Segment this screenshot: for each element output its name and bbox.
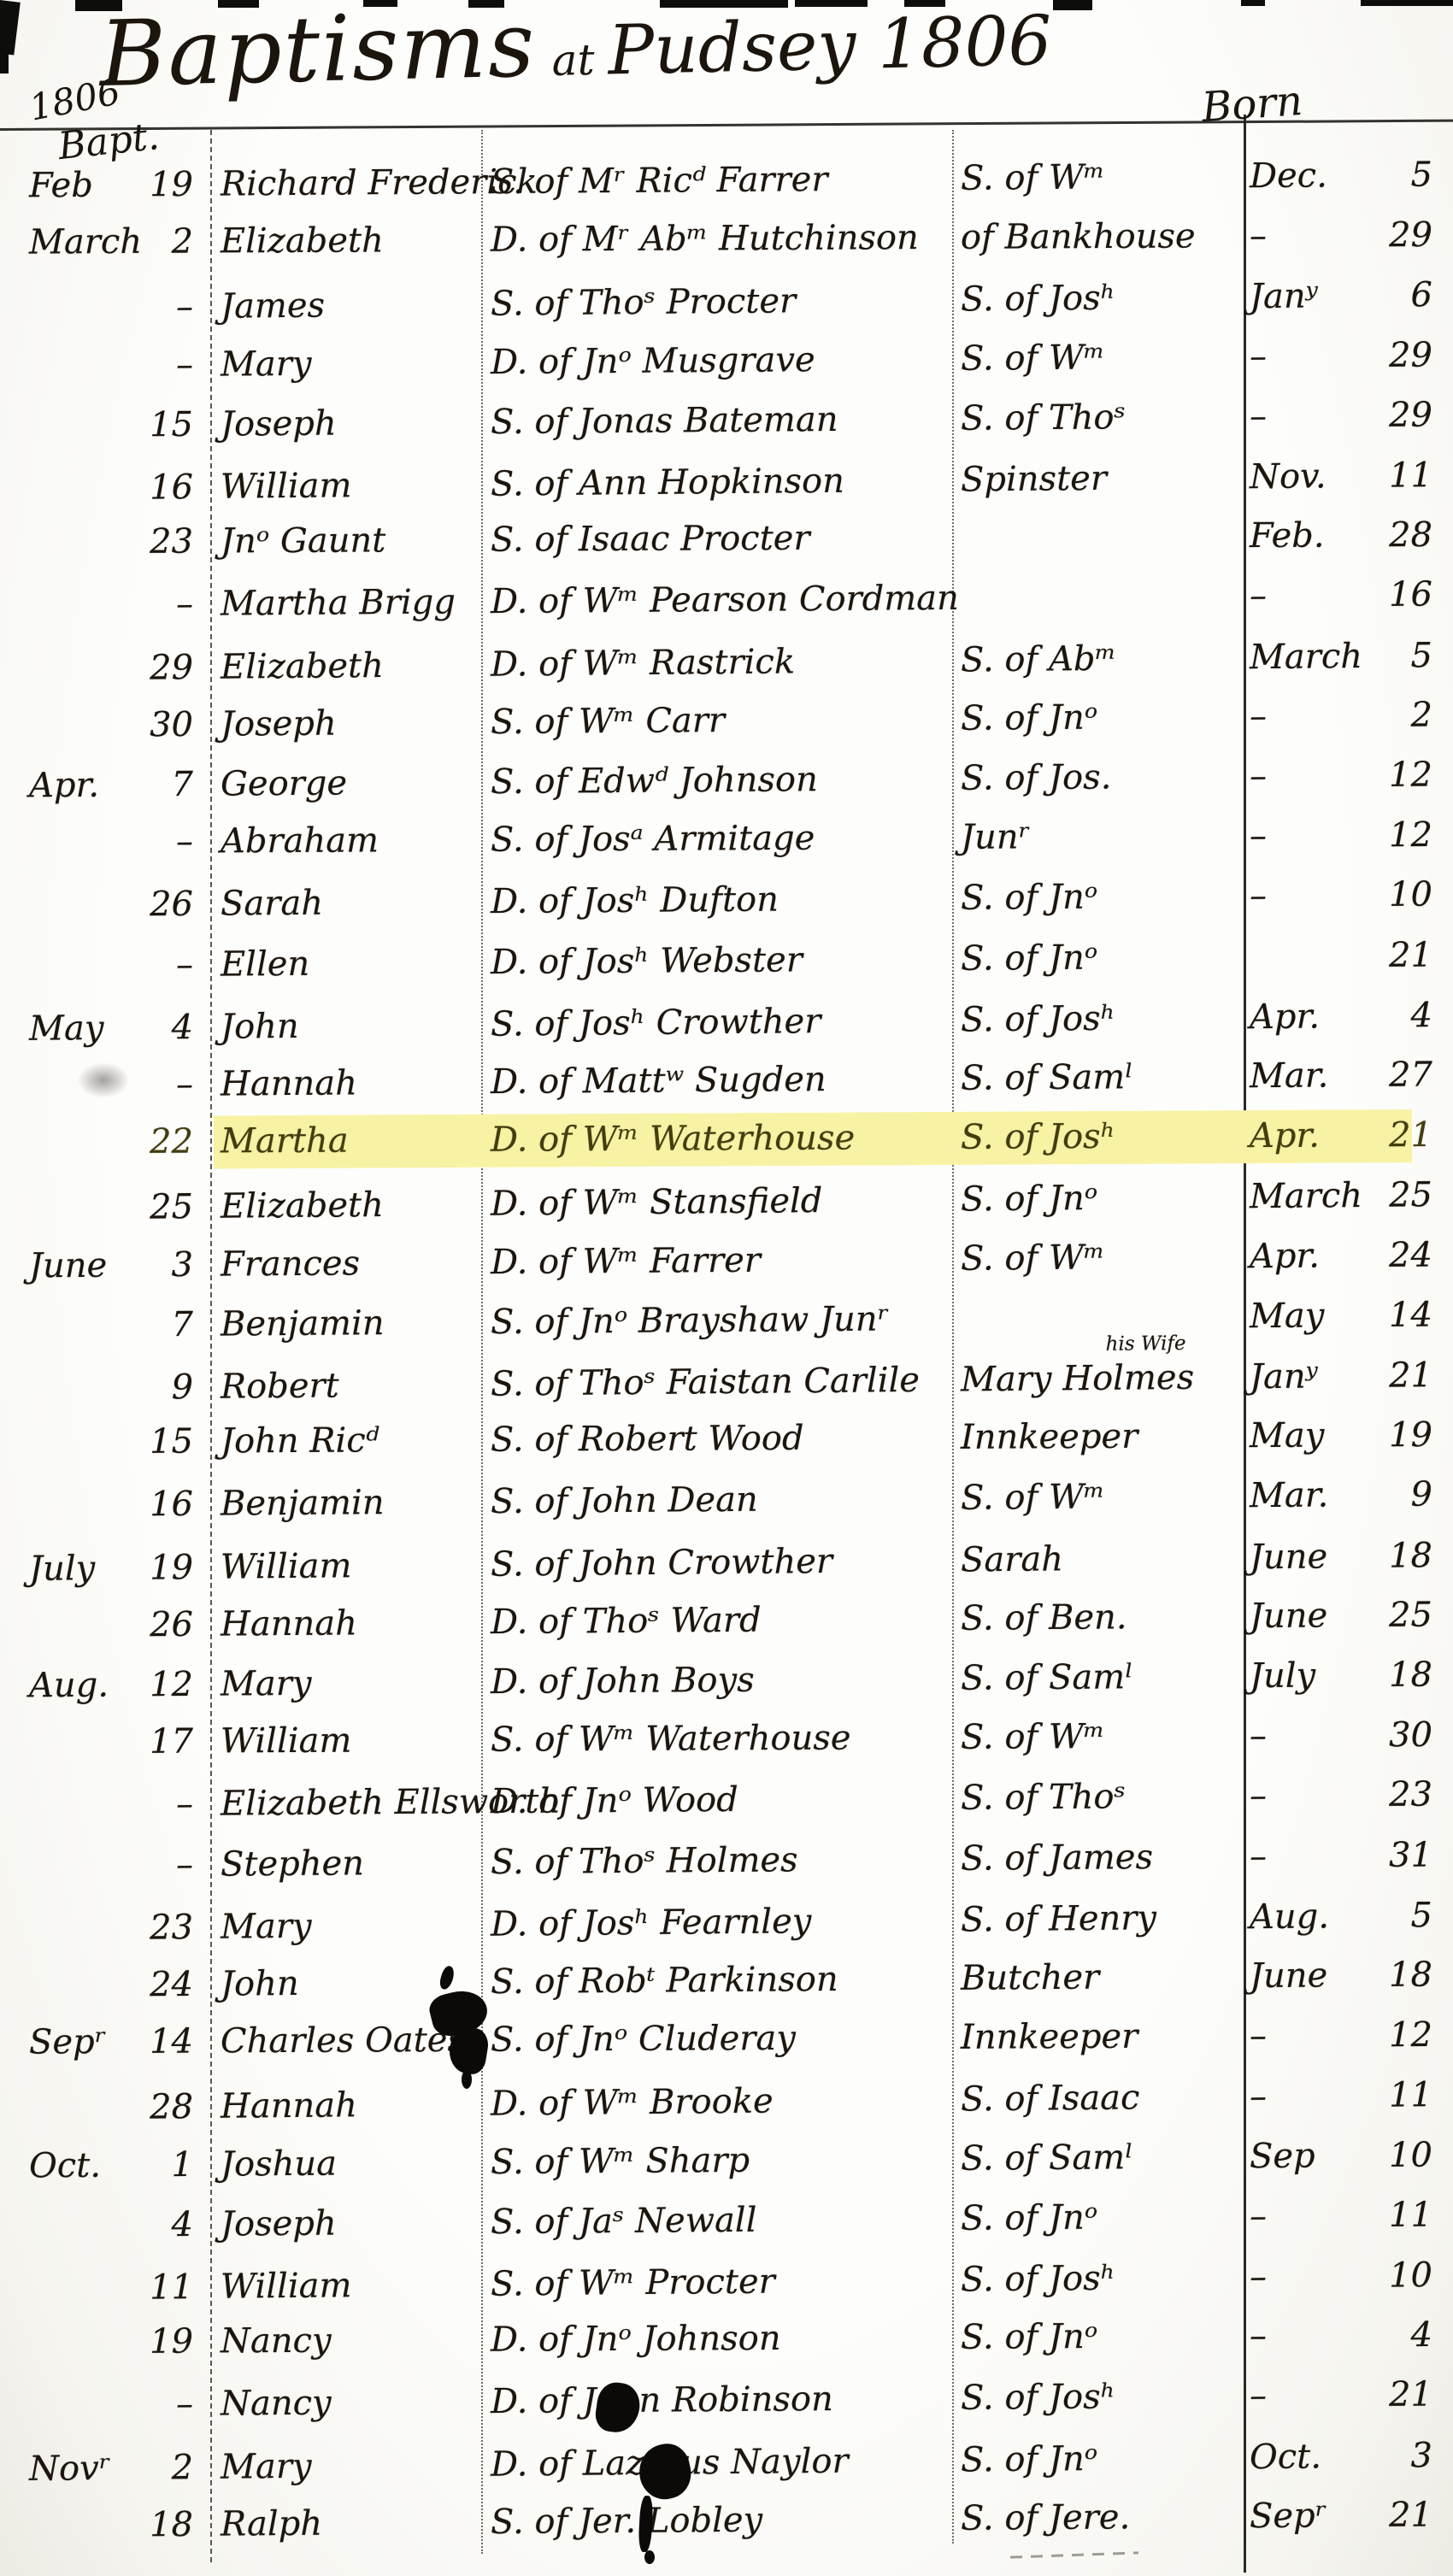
table-row: 17 William S. of Wᵐ Waterhouse S. of Wᵐ … (0, 1705, 1453, 1773)
table-row: Apr. 7 George S. of Edwᵈ Johnson S. of J… (0, 744, 1453, 815)
parentage-cell: S. of Thoˢ Procter (491, 272, 797, 334)
parentage-cell: D. of Josʰ Fearnley (491, 1891, 812, 1955)
born-day: 11 (1389, 2185, 1432, 2244)
baptism-day: 2 (171, 212, 193, 272)
parentage-cell: S. of Jaˢ Newall (491, 2191, 757, 2252)
scan-artifact (75, 0, 122, 11)
born-month: May (1250, 1285, 1325, 1346)
born-month: – (1250, 2067, 1268, 2126)
baptism-day: 9 (171, 1357, 193, 1417)
born-day: 5 (1410, 626, 1432, 685)
descriptor-text: Junʳ (961, 818, 1031, 857)
descriptor-cell: S. of Wᵐ (961, 1707, 1105, 1767)
parentage-cell: S. of John Crowther (491, 1532, 833, 1595)
born-date-cell: – 29 (1250, 325, 1447, 386)
descriptor-cell: S. of Thoˢ (961, 1767, 1127, 1829)
descriptor-cell: S. of Jnᵒ (961, 687, 1098, 748)
baptism-month: July (29, 1538, 96, 1599)
born-month: – (1250, 2006, 1267, 2066)
descriptor-text: S. of Josʰ (961, 999, 1115, 1040)
baptism-day: 19 (150, 1538, 194, 1597)
descriptor-cell: S. of Josʰ (961, 989, 1116, 1050)
column-header-born: Born (1200, 77, 1304, 132)
baptism-day: 24 (150, 1955, 193, 2014)
baptism-date-cell: – (17, 934, 203, 996)
baptism-month (29, 459, 30, 519)
born-day: 2 (1410, 685, 1432, 744)
table-row: – Ellen D. of Josʰ Webster S. of Jnᵒ 21 (0, 925, 1453, 996)
born-date-cell: – 23 (1250, 1765, 1447, 1826)
parentage-cell: D. of John Robinson (491, 2369, 833, 2432)
child-name-cell: Mary (221, 333, 312, 394)
table-row: – Stephen S. of Thoˢ Holmes S. of James … (0, 1825, 1453, 1896)
scan-artifact (1053, 0, 1092, 10)
table-row: – Elizabeth Ellsworth D. of Jnᵒ Wood S. … (0, 1765, 1453, 1836)
born-month: – (1250, 2186, 1268, 2246)
descriptor-text: of Bankhouse (961, 217, 1196, 257)
born-month: – (1250, 1826, 1268, 1886)
born-date-cell: Feb. 28 (1250, 505, 1446, 566)
descriptor-cell: S. of Jnᵒ (961, 2429, 1098, 2491)
register-rows: Feb 19 Richard Frederick S. of Mʳ Ricᵈ F… (0, 0, 1453, 2576)
born-date-cell: – 29 (1250, 205, 1446, 266)
child-name-cell: Joshua (221, 2133, 338, 2194)
born-date-cell: – 12 (1250, 2005, 1446, 2066)
parentage-cell: D. of Wᵐ Rastrick (491, 632, 796, 694)
descriptor-cell: S. of Samˡ (961, 1647, 1133, 1709)
born-day: 21 (1389, 2365, 1432, 2425)
descriptor-cell: S. of Samˡ (961, 1047, 1133, 1109)
parentage-cell: S. of Ann Hopkinson (491, 451, 845, 515)
born-month: – (1250, 866, 1268, 926)
descriptor-text: S. of Jnᵒ (961, 2439, 1098, 2480)
baptism-date-cell: 23 (17, 512, 202, 573)
born-month: Feb. (1250, 506, 1325, 566)
parentage-cell: S. of Jer. Lobley (491, 2490, 763, 2551)
child-name-cell: Benjamin (221, 1293, 385, 1355)
baptism-day: 15 (150, 395, 193, 455)
born-date-cell: Nov. 11 (1250, 445, 1447, 507)
parentage-cell: D. of Jnᵒ Johnson (491, 2308, 781, 2370)
child-name-cell: William (221, 1711, 352, 1772)
child-name-cell: Joseph (221, 693, 337, 754)
baptism-day: 22 (150, 1112, 193, 1172)
baptism-day: 2 (171, 2438, 193, 2497)
table-row: 7 Benjamin S. of Jnᵒ Brayshaw Junʳ May 1… (0, 1285, 1453, 1356)
born-month: Sep (1250, 2126, 1315, 2186)
born-month (1250, 926, 1250, 986)
descriptor-cell: S. of Jere. (961, 2487, 1131, 2549)
parentage-cell: D. of Wᵐ Farrer (491, 1230, 762, 1291)
descriptor-text: S. of Ben. (961, 1597, 1127, 1638)
table-row: – Abraham S. of Josᵃ Armitage Junʳ – 12 (0, 805, 1453, 873)
table-row: March 2 Elizabeth D. of Mʳ Abᵐ Hutchinso… (0, 205, 1453, 273)
born-day: 18 (1389, 1526, 1433, 1585)
scan-artifact (218, 0, 259, 8)
parentage-cell: D. of Wᵐ Brooke (491, 2072, 774, 2134)
parentage-cell: D. of Jnᵒ Wood (491, 1770, 738, 1832)
scan-artifact (795, 0, 868, 7)
born-day: 18 (1389, 1945, 1432, 2005)
descriptor-text: S. of Jnᵒ (961, 878, 1098, 918)
baptism-day: – (176, 934, 194, 994)
descriptor-text: S. of Josʰ (961, 2378, 1115, 2418)
born-date-cell: May 19 (1250, 1405, 1446, 1466)
table-row: 16 Benjamin S. of John Dean S. of Wᵐ Mar… (0, 1465, 1453, 1536)
baptism-day: 3 (171, 1234, 193, 1294)
born-day: 10 (1389, 2125, 1432, 2185)
born-date-cell: Apr. 24 (1250, 1225, 1447, 1286)
baptism-date-cell: 19 (17, 2312, 202, 2373)
child-name-cell: Ellen (221, 933, 310, 994)
parentage-cell: S. of Wᵐ Waterhouse (491, 1709, 851, 1770)
table-row: Feb 19 Richard Frederick S. of Mʳ Ricᵈ F… (0, 144, 1453, 215)
descriptor-cell: S. of James (961, 1827, 1154, 1889)
baptism-date-cell: Sepʳ 14 (17, 2012, 202, 2073)
baptism-month (29, 1836, 30, 1896)
descriptor-cell: S. of Abᵐ (961, 628, 1117, 690)
descriptor-cell (961, 568, 962, 628)
born-date-cell: June 18 (1250, 1526, 1447, 1587)
born-day: 3 (1410, 2426, 1432, 2485)
baptism-month (29, 1056, 30, 1115)
baptism-day: – (176, 1055, 194, 1115)
descriptor-cell: Sarah (961, 1529, 1064, 1590)
parentage-cell: S. of Thoˢ Faistan Carlile (491, 1350, 921, 1414)
born-month: Sepʳ (1250, 2485, 1327, 2546)
baptism-day: 15 (150, 1412, 193, 1472)
child-name-cell: Hannah (221, 1053, 357, 1114)
child-name-cell: Nancy (221, 2373, 332, 2434)
born-date-cell: – 11 (1250, 2185, 1447, 2246)
born-month: – (1250, 326, 1268, 386)
child-name-cell: Hannah (221, 1593, 357, 1654)
table-row: 15 John Ricᵈ S. of Robert Wood Innkeeper… (0, 1405, 1453, 1473)
baptism-day: – (176, 2374, 194, 2434)
baptism-date-cell: 16 (17, 1474, 203, 1536)
born-day: 5 (1410, 1885, 1432, 1945)
baptism-month (29, 2196, 30, 2255)
descriptor-text: S. of Henry (961, 1898, 1156, 1939)
table-row: 22 Martha D. of Wᵐ Waterhouse S. of Josʰ… (0, 1105, 1453, 1173)
born-date-cell: – 29 (1250, 385, 1447, 446)
parentage-cell: S. of Jonas Bateman (491, 390, 838, 452)
descriptor-cell: S. of Jnᵒ (961, 2307, 1098, 2367)
baptism-day: 19 (150, 2312, 193, 2372)
born-day: 18 (1389, 1645, 1432, 1705)
born-day: 16 (1389, 565, 1432, 625)
descriptor-cell: S. of Jnᵒ (961, 927, 1098, 988)
descriptor-text: S. of Jnᵒ (961, 2317, 1097, 2357)
descriptor-cell: S. of Josʰ (961, 2367, 1116, 2428)
child-name-cell: Martha (221, 1111, 349, 1172)
baptism-date-cell: July 19 (17, 1538, 203, 1599)
descriptor-note: his Wife (1105, 1334, 1185, 1355)
baptism-month (29, 1899, 30, 1959)
baptism-month: Apr. (29, 756, 99, 816)
child-name-cell: Stephen (221, 1833, 364, 1894)
parentage-cell: D. of Josʰ Dufton (491, 870, 779, 932)
baptism-day: 28 (150, 2077, 194, 2137)
born-date-cell: Apr. 21 (1250, 1105, 1446, 1166)
scan-artifact (1361, 0, 1453, 6)
born-day: 19 (1389, 1405, 1432, 1465)
baptism-month (29, 2079, 30, 2138)
born-date-cell: – 21 (1250, 2365, 1447, 2426)
baptism-date-cell: 9 (17, 1357, 203, 1419)
born-month: Janʸ (1250, 267, 1319, 327)
child-name-cell: John (221, 1954, 299, 2014)
descriptor-cell: Spinster (961, 449, 1108, 510)
parentage-cell: D. of Wᵐ Stansfield (491, 1171, 823, 1234)
parentage-cell: D. of Thoˢ Ward (491, 1590, 762, 1651)
descriptor-cell (961, 1289, 962, 1349)
descriptor-cell: Innkeeper (961, 1407, 1138, 1467)
descriptor-cell: S. of Josʰ (961, 2249, 1116, 2310)
descriptor-text: S. of Isaac (961, 2079, 1140, 2120)
descriptor-text: S. of Jnᵒ (961, 697, 1098, 738)
table-row: Oct. 1 Joshua S. of Wᵐ Sharp S. of Samˡ … (0, 2125, 1453, 2196)
born-month: Mar. (1250, 1466, 1329, 1526)
child-name-cell: Robert (221, 1356, 339, 1416)
descriptor-text: S. of Samˡ (961, 2138, 1133, 2179)
parentage-cell: D. of Mʳ Abᵐ Hutchinson (491, 208, 919, 270)
descriptor-cell: S. of Josʰ (961, 1107, 1115, 1167)
born-day: 21 (1389, 925, 1432, 985)
baptism-day: 4 (171, 2195, 193, 2255)
table-row: 19 Nancy D. of Jnᵒ Johnson S. of Jnᵒ – 4 (0, 2305, 1453, 2373)
born-month: Janʸ (1250, 1346, 1319, 1407)
baptism-date-cell: Oct. 1 (17, 2134, 203, 2196)
descriptor-text: S. of Thoˢ (961, 1778, 1126, 1819)
born-date-cell: March 25 (1250, 1165, 1447, 1226)
baptism-date-cell: 29 (17, 638, 203, 699)
baptism-date-cell: Feb 19 (17, 155, 203, 216)
born-day: 11 (1389, 2066, 1433, 2126)
baptism-day: 16 (150, 1474, 193, 1534)
descriptor-text: Spinster (961, 459, 1107, 500)
born-month: – (1250, 2247, 1268, 2307)
parentage-cell: D. of Wᵐ Pearson Cordman (491, 568, 959, 632)
baptism-month (29, 1776, 30, 1836)
baptism-month (29, 1359, 30, 1419)
descriptor-cell: Junʳ (961, 808, 1031, 867)
baptism-day: 16 (150, 457, 194, 517)
born-day: 25 (1389, 1166, 1433, 1226)
baptism-month (29, 696, 30, 756)
born-date-cell: – 10 (1250, 865, 1447, 926)
born-month: Mar. (1250, 1045, 1329, 1106)
born-month: June (1250, 1526, 1328, 1587)
born-month: Apr. (1250, 986, 1321, 1047)
born-month: – (1250, 566, 1268, 626)
descriptor-cell: Butcher (961, 1948, 1100, 2008)
parentage-cell: D. of Mattʷ Sugden (491, 1050, 827, 1112)
born-day: 31 (1389, 1825, 1432, 1885)
child-name-cell: John Ricᵈ (221, 1411, 379, 1472)
baptism-month (29, 1596, 30, 1656)
baptism-month (29, 336, 30, 396)
born-day: 21 (1389, 2485, 1432, 2544)
born-day: 10 (1389, 2245, 1433, 2305)
baptism-date-cell: – (17, 1774, 203, 1836)
born-date-cell: 21 (1250, 925, 1447, 986)
baptism-date-cell: 17 (17, 1712, 202, 1773)
child-name-cell: Martha Brigg (221, 573, 456, 634)
descriptor-text: S. of Wᵐ (961, 338, 1105, 378)
born-day: 27 (1389, 1045, 1432, 1105)
descriptor-text: S. of Thoˢ (961, 397, 1126, 438)
born-date-cell: June 18 (1250, 1944, 1447, 2006)
baptism-month (29, 1296, 30, 1356)
descriptor-text: S. of James (961, 1838, 1153, 1879)
parentage-cell: S. of Wᵐ Procter (491, 2252, 775, 2314)
descriptor-cell: S. of Wᵐ (961, 1467, 1105, 1528)
born-day: 6 (1410, 266, 1432, 326)
parentage-cell: S. of Thoˢ Holmes (491, 1830, 798, 1892)
born-date-cell: Dec. 5 (1250, 144, 1447, 206)
title-place-year: Pudsey 1806 (607, 1, 1052, 91)
born-month: June (1250, 1945, 1328, 2006)
baptism-month (29, 576, 30, 636)
child-name-cell: Nancy (221, 2311, 332, 2372)
parentage-cell: S. of Robert Wood (491, 1409, 804, 1470)
descriptor-text: S. of Wᵐ (961, 1478, 1105, 1518)
baptism-day: 23 (150, 1897, 194, 1957)
baptism-month (29, 2259, 30, 2319)
child-name-cell: Charles Oates (221, 2010, 465, 2071)
baptism-date-cell: 25 (17, 1177, 203, 1238)
parentage-cell: S. of Jnᵒ Cluderay (491, 2008, 796, 2070)
descriptor-cell: S. of Isaac (961, 2068, 1140, 2130)
baptism-date-cell: – (17, 277, 203, 338)
descriptor-text: Sarah (961, 1539, 1063, 1579)
born-month: – (1250, 2306, 1267, 2366)
born-day: 21 (1389, 1105, 1432, 1165)
born-date-cell: – 31 (1250, 1825, 1447, 1886)
baptism-month (29, 876, 30, 936)
born-month: Apr. (1250, 1106, 1320, 1166)
descriptor-text: S. of Josʰ (961, 279, 1115, 320)
descriptor-text: S. of Jere. (961, 2497, 1131, 2538)
table-row: – Hannah D. of Mattʷ Sugden S. of Samˡ M… (0, 1044, 1453, 1115)
table-row: 26 Sarah D. of Josʰ Dufton S. of Jnᵒ – 1… (0, 865, 1453, 936)
descriptor-text: S. of Abᵐ (961, 638, 1116, 679)
baptism-date-cell: Novʳ 2 (17, 2438, 203, 2499)
descriptor-text: S. of Jos. (961, 757, 1112, 797)
baptism-day: 29 (150, 638, 194, 697)
baptism-day: 26 (150, 1595, 193, 1655)
table-row: 18 Ralph S. of Jer. Lobley S. of Jere. S… (0, 2485, 1453, 2555)
baptism-date-cell: – (17, 1834, 203, 1896)
descriptor-text: Mary Holmes (961, 1358, 1195, 1400)
descriptor-cell: S. of Samˡ (961, 2127, 1133, 2189)
born-day: 5 (1410, 145, 1432, 205)
baptism-month: Oct. (29, 2135, 102, 2196)
born-month: June (1250, 1585, 1328, 1646)
scan-artifact (1241, 0, 1265, 6)
born-month: – (1250, 386, 1268, 446)
table-row: – Mary D. of Jnᵒ Musgrave S. of Wᵐ – 29 (0, 325, 1453, 396)
born-date-cell: Mar. 27 (1250, 1044, 1447, 1106)
baptism-day: 30 (150, 695, 193, 755)
baptism-day: 26 (150, 874, 193, 934)
born-date-cell: – 11 (1250, 2065, 1447, 2126)
born-day: 29 (1389, 385, 1432, 444)
baptism-day: – (176, 812, 193, 872)
born-month: – (1250, 1766, 1268, 1826)
descriptor-cell: his Wife Mary Holmes (961, 1348, 1195, 1410)
baptism-date-cell: 28 (17, 2077, 203, 2138)
born-day: 25 (1389, 1585, 1432, 1644)
born-day: 29 (1389, 205, 1432, 265)
baptism-month (29, 2376, 30, 2436)
parentage-cell: S. of John Dean (491, 1470, 758, 1532)
parentage-cell: S. of Isaac Procter (491, 509, 810, 570)
born-day: 23 (1389, 1765, 1432, 1825)
parentage-cell: D. of Wᵐ Waterhouse (491, 1109, 856, 1170)
parentage-cell: D. of Josʰ Webster (491, 930, 803, 992)
born-day: 30 (1389, 1705, 1432, 1765)
born-month: – (1250, 1706, 1267, 1766)
table-row: 24 John S. of Robᵗ Parkinson Butcher Jun… (0, 1944, 1453, 2015)
table-row: Sepʳ 14 Charles Oates S. of Jnᵒ Cluderay… (0, 2005, 1453, 2073)
baptism-day: – (176, 334, 194, 394)
baptism-day: – (176, 574, 194, 634)
child-name-cell: Mary (221, 2436, 312, 2497)
born-day: 9 (1410, 1465, 1432, 1525)
baptism-day: 12 (150, 1655, 193, 1714)
baptism-date-cell: 23 (17, 1897, 203, 1959)
baptism-date-cell: 24 (17, 1955, 203, 2016)
descriptor-text: S. of Josʰ (961, 1117, 1115, 1157)
born-date-cell: Sep 10 (1250, 2125, 1447, 2186)
baptism-date-cell: 15 (17, 395, 203, 456)
baptism-date-cell: 15 (17, 1412, 202, 1473)
born-month: July (1250, 1646, 1316, 1707)
baptism-date-cell: – (17, 812, 202, 873)
child-name-cell: George (221, 753, 348, 814)
child-name-cell: Mary (221, 1654, 312, 1714)
born-month: Dec. (1250, 145, 1327, 206)
baptism-day: 19 (150, 155, 193, 215)
baptism-date-cell: – (17, 2374, 203, 2436)
baptism-date-cell: Apr. 7 (17, 755, 203, 816)
baptism-month: Aug. (29, 1656, 109, 1716)
baptism-day: 11 (150, 2257, 194, 2317)
born-month: – (1250, 2366, 1268, 2426)
scan-artifact (660, 0, 788, 8)
baptism-day: 23 (150, 512, 193, 572)
child-name-cell: Hannah (221, 2076, 358, 2138)
parentage-cell: S. of Wᵐ Carr (491, 691, 726, 752)
born-month: March (1250, 1166, 1363, 1226)
table-row: 15 Joseph S. of Jonas Bateman S. of Thoˢ… (0, 385, 1453, 456)
born-day: 12 (1389, 805, 1432, 865)
born-month: – (1250, 686, 1268, 746)
born-month: March (1250, 626, 1363, 687)
baptism-month (29, 639, 30, 699)
descriptor-cell: S. of Wᵐ (961, 148, 1105, 209)
born-date-cell: May 14 (1250, 1285, 1447, 1346)
child-name-cell: William (221, 2255, 352, 2316)
born-month: – (1250, 806, 1267, 866)
baptism-month (29, 1956, 30, 2015)
born-date-cell: – 12 (1250, 805, 1446, 866)
table-row: 26 Hannah D. of Thoˢ Ward S. of Ben. Jun… (0, 1585, 1453, 1656)
descriptor-text: S. of Samˡ (961, 1657, 1133, 1698)
born-date-cell: – 4 (1250, 2305, 1446, 2366)
